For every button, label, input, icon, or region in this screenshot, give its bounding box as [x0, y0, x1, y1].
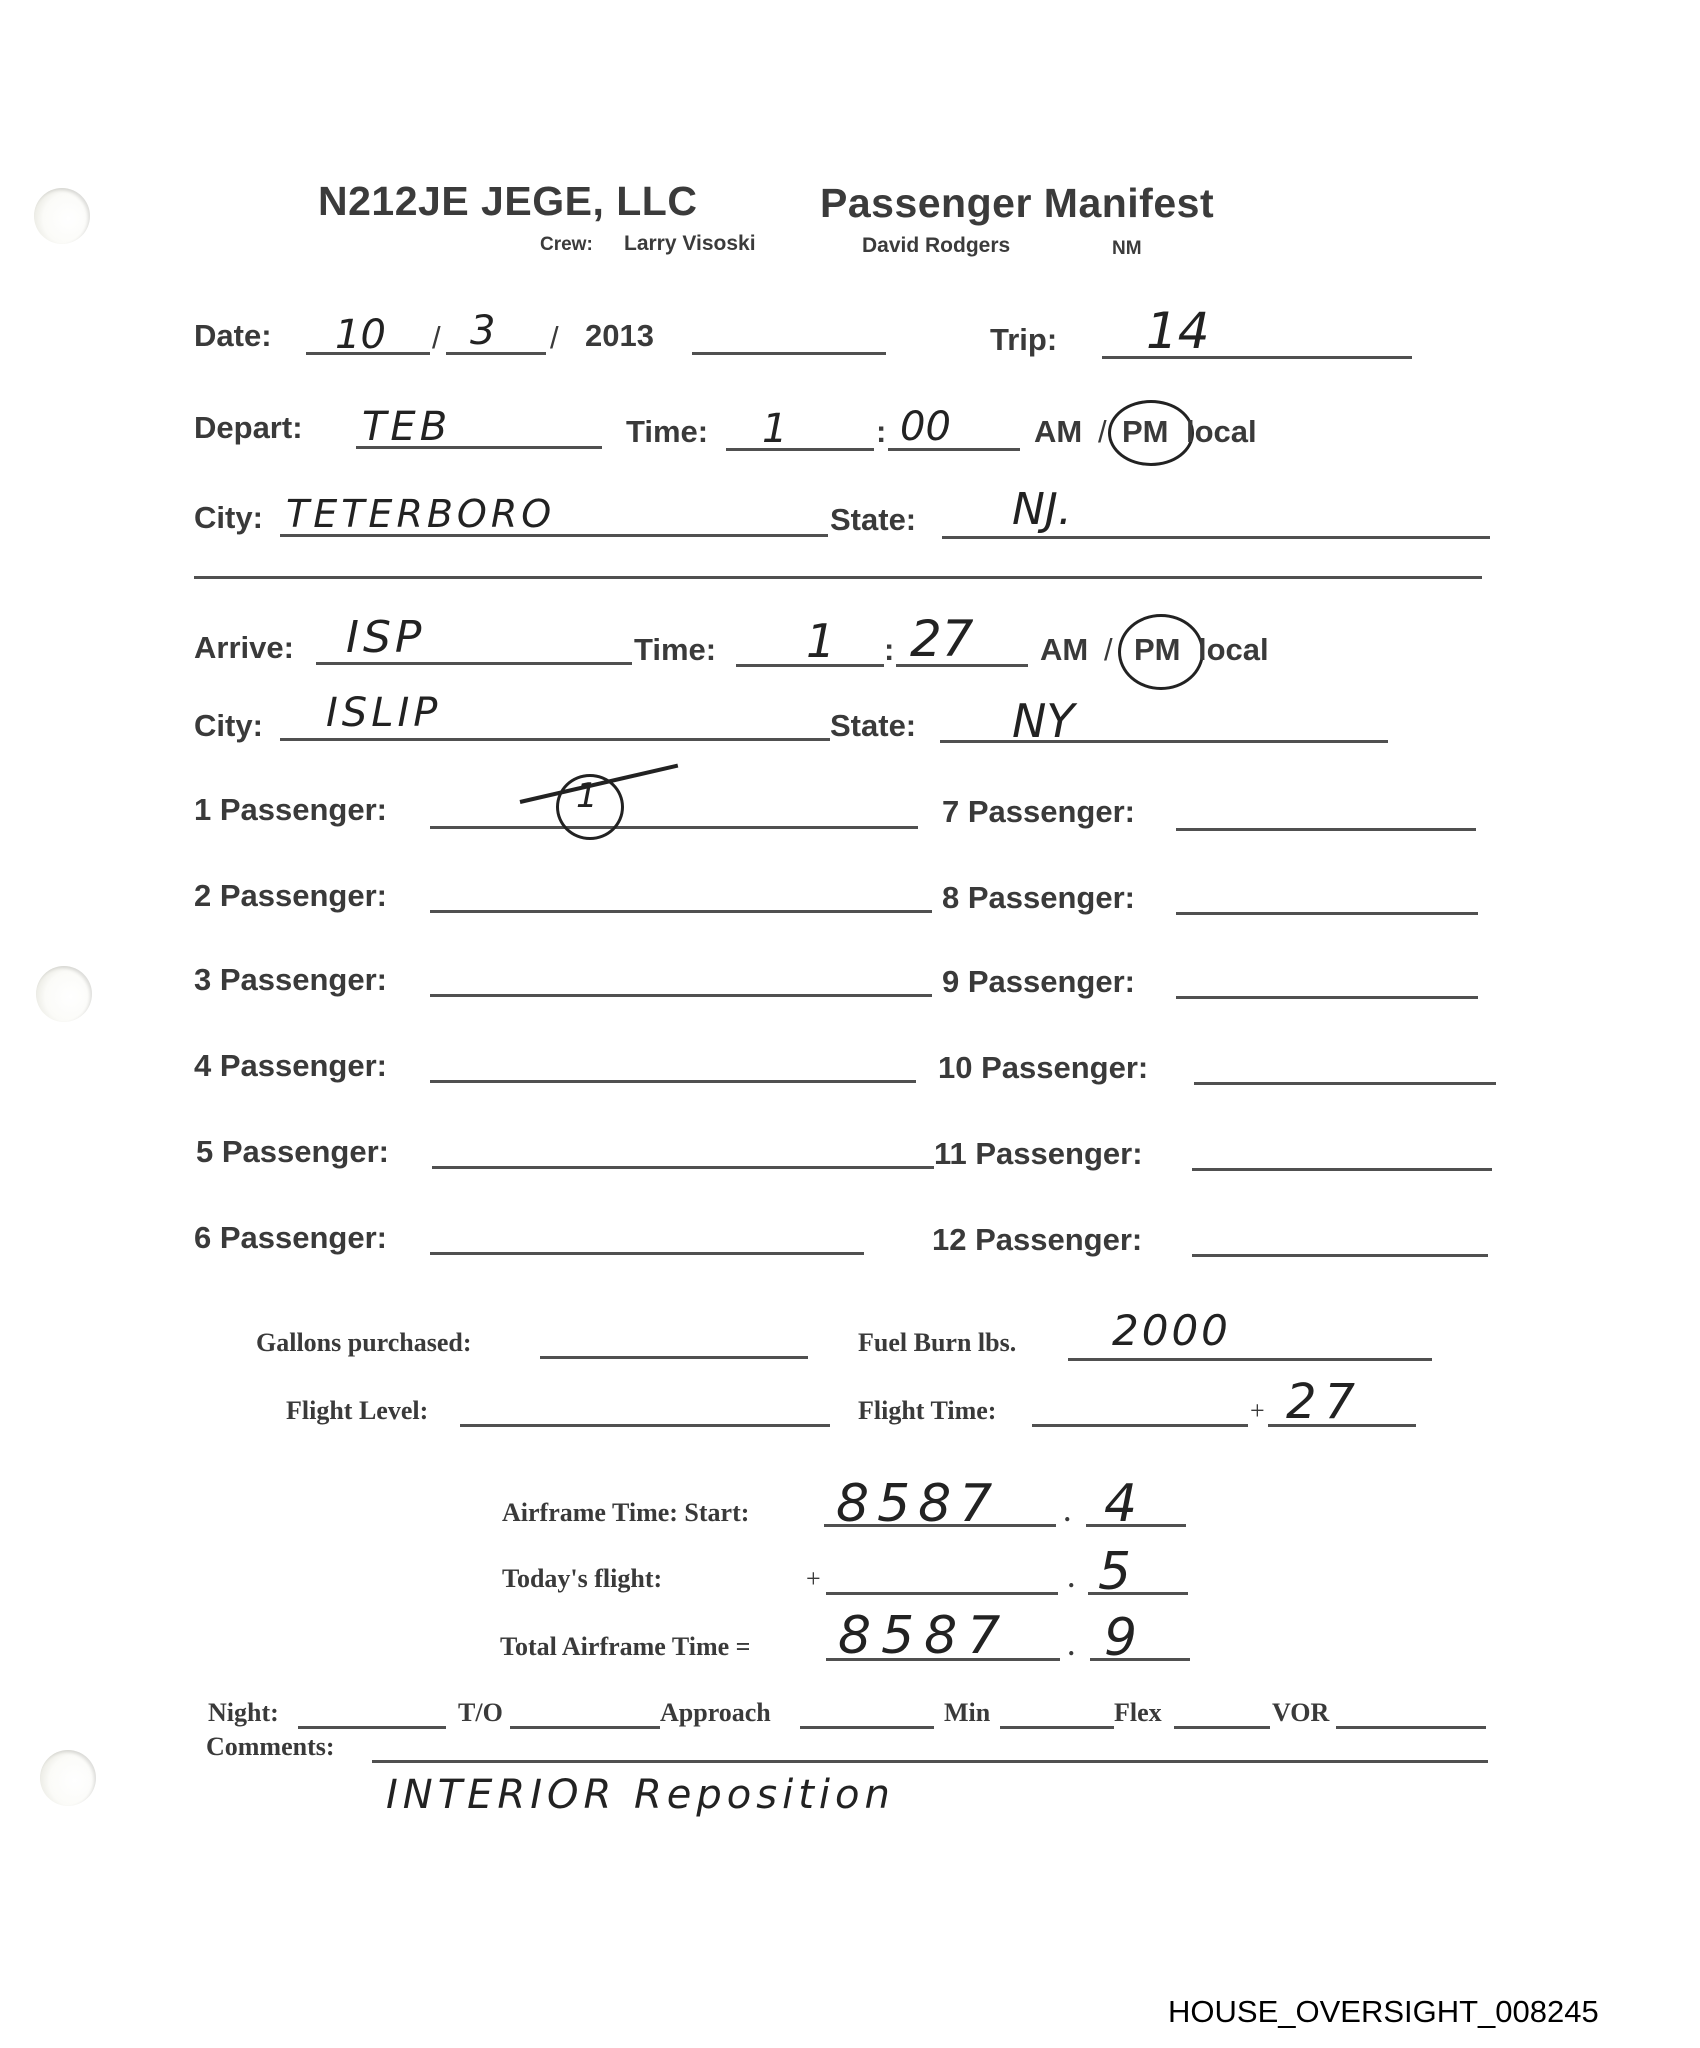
passenger-6-field[interactable] — [430, 1252, 864, 1255]
flex-field[interactable] — [1174, 1726, 1270, 1729]
arrive-hour-value: 1 — [806, 614, 835, 668]
crew-member-1: Larry Visoski — [624, 232, 756, 256]
passenger-1-label: 1 Passenger: — [194, 792, 387, 828]
arrive-minute-value: 27 — [910, 610, 974, 668]
todays-flight-dot: . — [1068, 1564, 1075, 1594]
approach-field[interactable] — [800, 1726, 934, 1729]
night-label: Night: — [208, 1698, 279, 1728]
passenger-10-label: 10 Passenger: — [938, 1050, 1148, 1086]
arrive-am-option[interactable]: AM — [1040, 632, 1088, 668]
total-airframe-tenth-value: 9 — [1104, 1608, 1137, 1668]
arrive-state-value: NY — [1012, 694, 1075, 748]
arrive-pm-selected-circle — [1118, 614, 1204, 690]
depart-city-value: TETERBORO — [286, 492, 555, 536]
takeoff-label: T/O — [458, 1698, 503, 1728]
approach-label: Approach — [660, 1698, 771, 1728]
passenger-2-field[interactable] — [430, 910, 932, 913]
depart-state-value: NJ. — [1012, 484, 1072, 535]
depart-airport-value: TEB — [362, 404, 451, 450]
todays-flight-plus: + — [806, 1564, 821, 1594]
trip-value: 14 — [1146, 302, 1210, 360]
arrive-airport-value: ISP — [346, 612, 425, 663]
form-title: Passenger Manifest — [820, 180, 1214, 227]
company-name: N212JE JEGE, LLC — [318, 178, 697, 225]
passenger-12-field[interactable] — [1192, 1254, 1488, 1257]
airframe-start-dot: . — [1064, 1498, 1071, 1528]
gallons-purchased-field[interactable] — [540, 1356, 808, 1359]
vor-label: VOR — [1272, 1698, 1329, 1728]
date-label: Date: — [194, 318, 272, 354]
date-year: 2013 — [585, 318, 654, 354]
airframe-start-tenth-value: 4 — [1104, 1474, 1137, 1534]
hole-punch-top — [34, 188, 90, 244]
depart-hour-field[interactable] — [726, 448, 874, 451]
arrive-city-field[interactable] — [280, 738, 830, 741]
total-airframe-dot: . — [1068, 1632, 1075, 1662]
date-day-value: 3 — [470, 308, 495, 354]
takeoff-field[interactable] — [510, 1726, 660, 1729]
bates-number: HOUSE_OVERSIGHT_008245 — [1168, 1994, 1599, 2030]
flight-time-hours-field[interactable] — [1032, 1424, 1248, 1427]
todays-flight-label: Today's flight: — [502, 1564, 662, 1594]
min-label: Min — [944, 1698, 990, 1728]
vor-field[interactable] — [1336, 1726, 1486, 1729]
depart-ampm-slash: / — [1098, 414, 1107, 450]
comments-field[interactable] — [372, 1760, 1488, 1763]
passenger-7-label: 7 Passenger: — [942, 794, 1135, 830]
depart-local-label: local — [1186, 414, 1257, 450]
todays-flight-tenth-value: 5 — [1098, 1542, 1131, 1602]
arrive-time-label: Time: — [634, 632, 716, 668]
passenger-9-field[interactable] — [1176, 996, 1478, 999]
depart-time-label: Time: — [626, 414, 708, 450]
passenger-3-label: 3 Passenger: — [194, 962, 387, 998]
passenger-6-label: 6 Passenger: — [194, 1220, 387, 1256]
arrive-time-colon: : — [884, 632, 894, 668]
crew-member-3: NM — [1112, 238, 1142, 260]
total-airframe-whole-value: 8587 — [838, 1606, 1010, 1666]
passenger-2-label: 2 Passenger: — [194, 878, 387, 914]
arrive-city-value: ISLIP — [326, 690, 441, 736]
gallons-purchased-label: Gallons purchased: — [256, 1328, 472, 1358]
depart-time-colon: : — [876, 414, 886, 450]
comments-value: INTERIOR Reposition — [386, 1772, 895, 1818]
flight-level-label: Flight Level: — [286, 1396, 428, 1426]
flight-time-value: 27 — [1286, 1374, 1363, 1430]
passenger-4-field[interactable] — [430, 1080, 916, 1083]
total-airframe-label: Total Airframe Time = — [500, 1632, 750, 1662]
passenger-8-label: 8 Passenger: — [942, 880, 1135, 916]
hole-punch-middle — [36, 966, 92, 1022]
trip-label: Trip: — [990, 322, 1057, 358]
date-day-field[interactable] — [446, 352, 546, 355]
passenger-7-field[interactable] — [1176, 828, 1476, 831]
arrive-city-label: City: — [194, 708, 263, 744]
passenger-5-field[interactable] — [432, 1166, 934, 1169]
hole-punch-bottom — [40, 1750, 96, 1806]
arrive-label: Arrive: — [194, 630, 294, 666]
passenger-5-label: 5 Passenger: — [196, 1134, 389, 1170]
arrive-local-label: local — [1198, 632, 1269, 668]
depart-state-field[interactable] — [942, 536, 1490, 539]
passenger-3-field[interactable] — [430, 994, 932, 997]
passenger-8-field[interactable] — [1176, 912, 1478, 915]
passenger-10-field[interactable] — [1194, 1082, 1496, 1085]
fuel-burn-label: Fuel Burn lbs. — [858, 1328, 1016, 1358]
todays-flight-whole-field[interactable] — [826, 1592, 1058, 1595]
arrive-ampm-slash: / — [1104, 632, 1113, 668]
airframe-start-label: Airframe Time: Start: — [502, 1498, 749, 1528]
flex-label: Flex — [1114, 1698, 1162, 1728]
comments-label: Comments: — [206, 1732, 335, 1762]
date-sep-2: / — [550, 320, 559, 356]
fuel-burn-value: 2000 — [1112, 1306, 1231, 1355]
depart-hour-value: 1 — [762, 406, 787, 452]
crew-member-2: David Rodgers — [862, 234, 1010, 258]
date-year-field[interactable] — [692, 352, 886, 355]
min-field[interactable] — [1000, 1726, 1114, 1729]
date-sep-1: / — [432, 320, 441, 356]
passenger-1-field[interactable] — [430, 826, 918, 829]
depart-minute-value: 00 — [900, 404, 951, 450]
arrive-state-label: State: — [830, 708, 916, 744]
depart-label: Depart: — [194, 410, 303, 446]
night-field[interactable] — [298, 1726, 446, 1729]
depart-am-option[interactable]: AM — [1034, 414, 1082, 450]
flight-time-label: Flight Time: — [858, 1396, 996, 1426]
flight-level-field[interactable] — [460, 1424, 830, 1427]
passenger-4-label: 4 Passenger: — [194, 1048, 387, 1084]
crew-label: Crew: — [540, 234, 593, 256]
depart-state-label: State: — [830, 502, 916, 538]
passenger-9-label: 9 Passenger: — [942, 964, 1135, 1000]
passenger-11-label: 11 Passenger: — [934, 1136, 1143, 1172]
flight-time-plus: + — [1250, 1396, 1265, 1426]
passenger-12-label: 12 Passenger: — [932, 1222, 1142, 1258]
arrive-state-field[interactable] — [940, 740, 1388, 743]
airframe-start-whole-value: 8587 — [836, 1474, 1000, 1534]
depart-extra-line — [194, 576, 1482, 579]
fuel-burn-field[interactable] — [1068, 1358, 1432, 1361]
date-month-value: 10 — [335, 312, 386, 358]
depart-pm-selected-circle — [1108, 400, 1194, 466]
depart-city-label: City: — [194, 500, 263, 536]
passenger-11-field[interactable] — [1192, 1168, 1492, 1171]
